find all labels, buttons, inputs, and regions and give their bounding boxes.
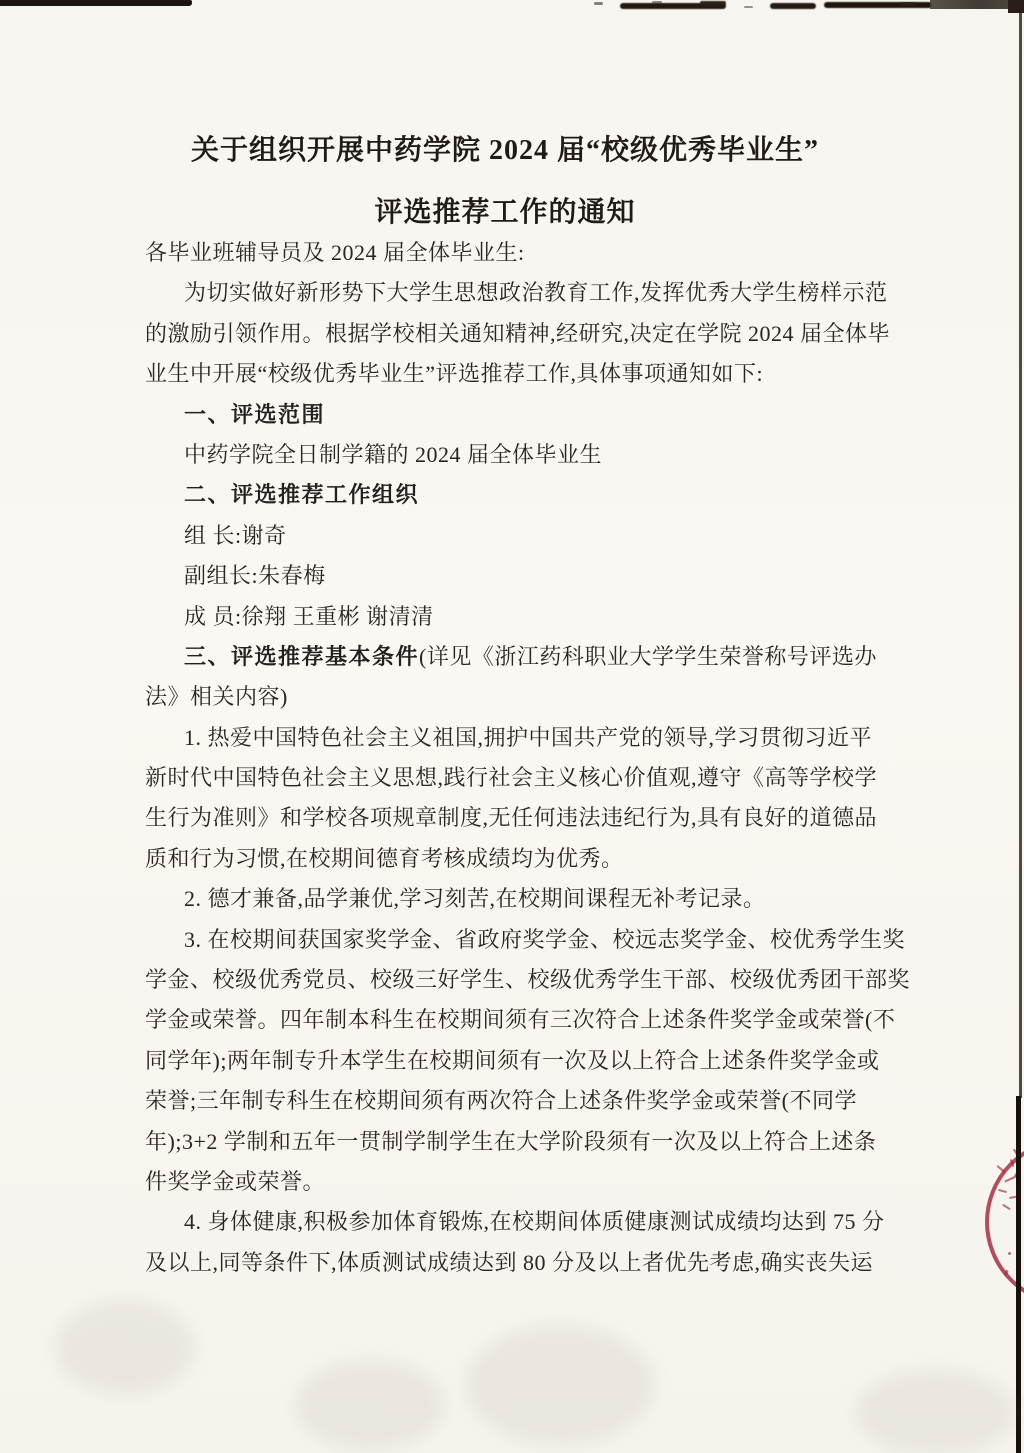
text-line: 同学年);两年制专升本学生在校期间须有一次及以上符合上述条件奖学金或 <box>145 1041 905 1081</box>
text-line: 中药学院全日制学籍的 2024 届全体毕业生 <box>145 435 905 475</box>
scan-speckle <box>900 2 916 6</box>
item-2-line: 2. 德才兼备,品学兼优,学习刻苦,在校期间课程无补考记录。 <box>145 879 905 919</box>
scan-speckle <box>744 6 753 8</box>
item-1-line: 1. 热爱中国特色社会主义祖国,拥护中国共产党的领导,学习贯彻习近平 <box>145 718 905 758</box>
leader-line: 组 长:谢奇 <box>145 516 905 556</box>
deputy-leader-line: 副组长:朱春梅 <box>145 556 905 596</box>
section-heading-2: 二、评选推荐工作组织 <box>145 475 905 515</box>
bleed-through <box>855 1370 1015 1453</box>
scan-smudge <box>0 0 192 6</box>
document-title-line-1: 关于组织开展中药学院 2024 届“校级优秀毕业生” <box>0 134 1010 168</box>
text-line: 荣誉;三年制专科生在校期间须有两次符合上述条件奖学金或荣誉(不同学 <box>145 1081 905 1121</box>
text-line: 及以上,同等条件下,体质测试成绩达到 80 分及以上者优先考虑,确实丧失运 <box>145 1243 905 1283</box>
salutation-line: 各毕业班辅导员及 2024 届全体毕业生: <box>145 233 905 273</box>
text-line: 法》相关内容) <box>145 677 905 717</box>
text-line: 为切实做好新形势下大学生思想政治教育工作,发挥优秀大学生榜样示范 <box>145 273 905 313</box>
scanned-document-page: 关于组织开展中药学院 2024 届“校级优秀毕业生” 评选推荐工作的通知 各毕业… <box>0 0 1024 1453</box>
scan-smudge <box>700 1 726 5</box>
scan-smudge <box>770 3 816 9</box>
scan-speckle <box>652 1 662 4</box>
text-line: 新时代中国特色社会主义思想,践行社会主义核心价值观,遵守《高等学校学 <box>145 758 905 798</box>
text-line: 业生中开展“校级优秀毕业生”评选推荐工作,具体事项通知如下: <box>145 354 905 394</box>
scan-smudge <box>1008 0 1024 13</box>
text-line: 的激励引领作用。根据学校相关通知精神,经研究,决定在学院 2024 届全体毕 <box>145 314 905 354</box>
members-line: 成 员:徐翔 王重彬 谢清清 <box>145 597 905 637</box>
text-line: 质和行为习惯,在校期间德育考核成绩均为优秀。 <box>145 839 905 879</box>
document-body: 各毕业班辅导员及 2024 届全体毕业生: 为切实做好新形势下大学生思想政治教育… <box>145 233 905 1283</box>
text-line: 年);3+2 学制和五年一贯制学制学生在大学阶段须有一次及以上符合上述条 <box>145 1122 905 1162</box>
bleed-through <box>465 1325 655 1445</box>
bleed-through <box>295 1360 445 1450</box>
item-4-line: 4. 身体健康,积极参加体育锻炼,在校期间体质健康测试成绩均达到 75 分 <box>145 1202 905 1242</box>
section-heading-3: 三、评选推荐基本条件(详见《浙江药科职业大学学生荣誉称号评选办 <box>145 637 905 677</box>
stamp-mark <box>1008 1252 1011 1255</box>
text-line: 学金或荣誉。四年制本科生在校期间须有三次符合上述条件奖学金或荣誉(不 <box>145 1000 905 1040</box>
document-title-line-2: 评选推荐工作的通知 <box>0 196 1010 230</box>
scan-smudge <box>930 0 1012 9</box>
item-3-line: 3. 在校期间获国家奖学金、省政府奖学金、校远志奖学金、校优秀学生奖 <box>145 920 905 960</box>
text-line: 件奖学金或荣誉。 <box>145 1162 905 1202</box>
scan-edge-line <box>1019 13 1022 1098</box>
text-line: 学金、校级优秀党员、校级三好学生、校级优秀学生干部、校级优秀团干部奖 <box>145 960 905 1000</box>
scan-speckle <box>594 2 603 5</box>
scan-edge-line <box>1016 1096 1022 1453</box>
section-heading-1: 一、评选范围 <box>145 395 905 435</box>
text-line: 生行为准则》和学校各项规章制度,无任何违法违纪行为,具有良好的道德品 <box>145 798 905 838</box>
bleed-through <box>55 1300 195 1395</box>
